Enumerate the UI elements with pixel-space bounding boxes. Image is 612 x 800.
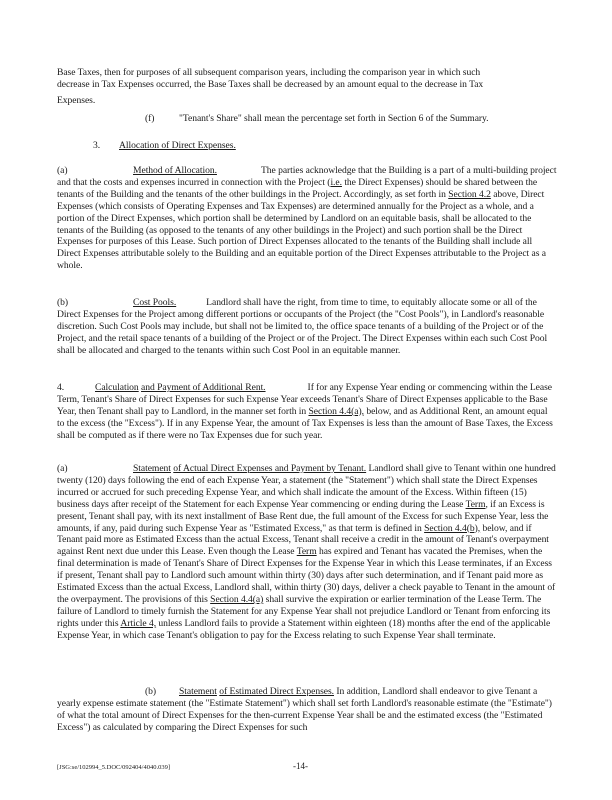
intro-line-1: Base Taxes, then for purposes of all sub… [57,67,557,79]
intro-line-2: decrease in Tax Expenses occurred, the B… [57,79,557,91]
intro-paragraph: Base Taxes, then for purposes of all sub… [57,67,557,107]
section-4a-label: (a) [57,463,133,475]
section-3-title: Allocation of Direct Expenses. [119,140,236,151]
section-4b-title-2: of Estimated Direct Expenses. [219,686,334,697]
section-3a-paragraph: (a)Method of Allocation.The parties ackn… [57,165,557,272]
section-3a-label: (a) [57,165,133,177]
section-4-number: 4. [57,382,95,394]
section-3b-title: Cost Pools. [133,297,176,308]
section-4-title-2: and Payment of Additional Rent. [141,382,266,393]
section-3b-paragraph: (b)Cost Pools.Landlord shall have the ri… [57,297,557,357]
article-4-reference: Article 4, [120,618,156,629]
intro-line-3: Expenses. [57,95,557,107]
paragraph-f-label: (f) [145,113,179,125]
section-3-heading: 3.Allocation of Direct Expenses. [57,140,557,152]
section-3a-title: Method of Allocation. [133,165,217,176]
section-4b-label: (b) [145,686,179,698]
section-4-paragraph: 4.Calculation and Payment of Additional … [57,382,557,442]
page-number: -14- [293,761,308,771]
section-4-2-reference: Section 4.2 [448,189,491,200]
section-4-4a-reference: Section 4.4(a), [309,406,364,417]
section-3a-text-3: above, Direct Expenses (which consists o… [57,189,546,271]
section-4-4a-reference-2: Section 4.4(a) [210,594,263,605]
term-reference-2: Term [297,546,317,557]
section-3b-label: (b) [57,297,133,309]
term-reference-1: Term [466,499,486,510]
paragraph-f-text: "Tenant's Share" shall mean the percenta… [179,113,489,124]
section-4b-paragraph: (b)Statement of Estimated Direct Expense… [57,686,557,734]
section-4a-title-2: of Actual Direct Expenses and Payment by… [173,463,366,474]
document-page: Base Taxes, then for purposes of all sub… [0,0,612,800]
section-4-4b-reference: Section 4.4(b), [424,523,480,534]
ie-reference: i.e. [330,177,342,188]
section-3-number: 3. [93,140,119,152]
section-4b-title-1: Statement [179,686,217,697]
footer-document-reference: [JSG:se/102994_5.DOC/092404/4040.039] [57,764,170,771]
section-4a-paragraph: (a)Statement of Actual Direct Expenses a… [57,463,557,642]
section-4a-title-1: Statement [133,463,171,474]
section-4-title-1: Calculation [95,382,139,393]
paragraph-f: (f)"Tenant's Share" shall mean the perce… [57,113,557,125]
